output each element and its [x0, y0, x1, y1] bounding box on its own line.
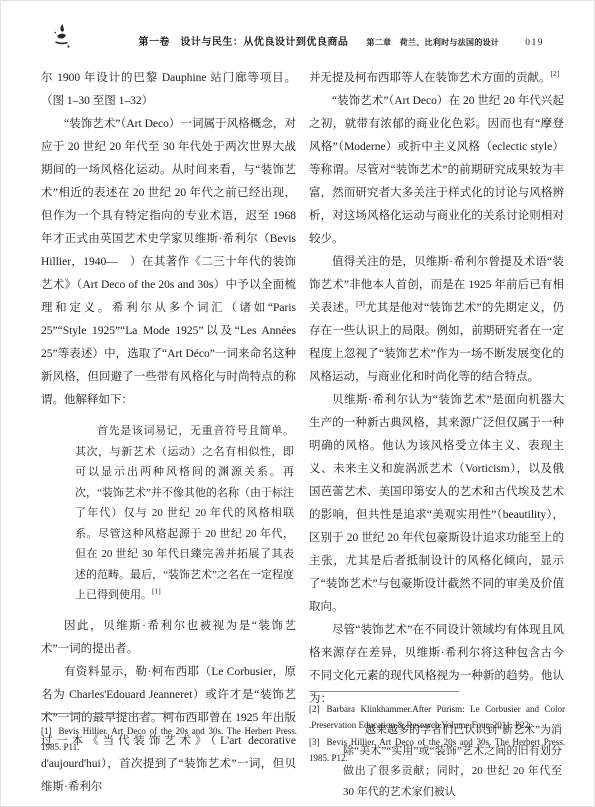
- footnote: [1]Bevis Hillier. Art Deco of the 20s an…: [41, 723, 297, 755]
- book-page: 第一卷 设计与民生：从优良设计到优良商品 第二章 荷兰、比利时与法国的设计 01…: [0, 0, 595, 807]
- footnote-label: [3]: [309, 737, 320, 747]
- footnote: [3]Bevis Hillier. Art Deco of the 20s an…: [309, 734, 565, 766]
- chapter-title: 第二章 荷兰、比利时与法国的设计: [366, 37, 499, 48]
- body-paragraph: 值得关注的是，贝维斯·希利尔曾提及术语“装饰艺术”非他本人首创，而是在 1925…: [309, 251, 564, 389]
- footnote-divider: [41, 713, 187, 714]
- body-paragraph: 因此，贝维斯·希利尔也被视为是“装饰艺术”一词的提出者。: [41, 615, 296, 661]
- footnote-marker: [2]: [551, 69, 560, 78]
- body-paragraph: “装饰艺术”（Art Deco）一词属于风格概念，对应于 20 世纪 20 年代…: [41, 113, 296, 412]
- right-footnotes: [2]Barbara Klinkhammer.After Purism: Le …: [309, 691, 565, 767]
- footnote-marker: [1]: [152, 586, 161, 595]
- body-paragraph: “装饰艺术”（Art Deco）在 20 世纪 20 年代兴起之初，就带有浓郁的…: [309, 90, 564, 251]
- footnote-list: [1]Bevis Hillier. Art Deco of the 20s an…: [41, 723, 297, 755]
- left-column: 尔 1900 年设计的巴黎 Dauphine 站门廊等项目。（图 1–30 至图…: [41, 67, 296, 807]
- footnote-list: [2]Barbara Klinkhammer.After Purism: Le …: [309, 701, 565, 766]
- body-paragraph: 贝维斯·希利尔认为“装饰艺术”是面向机器大生产的一种新古典风格，其来源广泛但仅属…: [309, 389, 564, 619]
- running-head: 第一卷 设计与民生：从优良设计到优良商品 第二章 荷兰、比利时与法国的设计 01…: [138, 33, 544, 48]
- publisher-seal-icon: [51, 21, 73, 53]
- quote-paragraph: 首先是该词易记，无重音符号且简单。其次，与新艺术（运动）之名有相似性，即可以显示…: [75, 421, 294, 606]
- page-number: 019: [525, 38, 544, 48]
- footnote-label: [2]: [309, 704, 320, 714]
- footnote-divider: [309, 691, 459, 692]
- body-paragraph: 尔 1900 年设计的巴黎 Dauphine 站门廊等项目。（图 1–30 至图…: [41, 67, 296, 113]
- footnote-marker: [3]: [356, 299, 365, 308]
- volume-title: 第一卷 设计与民生：从优良设计到优良商品: [138, 33, 348, 48]
- footnote-label: [1]: [41, 726, 52, 736]
- footnote: [2]Barbara Klinkhammer.After Purism: Le …: [309, 701, 565, 733]
- left-footnotes: [1]Bevis Hillier. Art Deco of the 20s an…: [41, 713, 297, 756]
- page-header: 第一卷 设计与民生：从优良设计到优良商品 第二章 荷兰、比利时与法国的设计 01…: [41, 29, 544, 51]
- body-paragraph: 并无提及柯布西耶等人在装饰艺术方面的贡献。[2]: [309, 67, 564, 90]
